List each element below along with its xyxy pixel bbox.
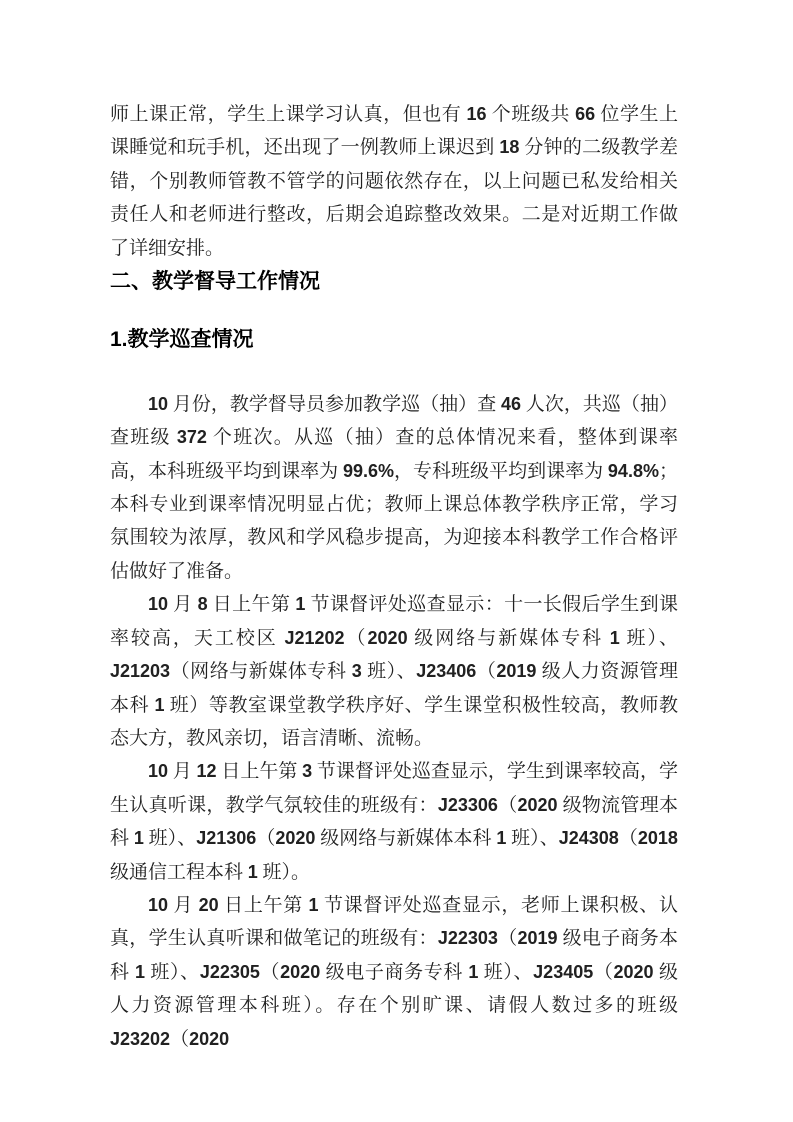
document-page: 师上课正常，学生上课学习认真，但也有 16 个班级共 66 位学生上课睡觉和玩手… — [0, 0, 793, 1122]
paragraph-continuation: 师上课正常，学生上课学习认真，但也有 16 个班级共 66 位学生上课睡觉和玩手… — [110, 98, 678, 265]
document-content: 师上课正常，学生上课学习认真，但也有 16 个班级共 66 位学生上课睡觉和玩手… — [110, 98, 678, 1056]
section-heading: 二、教学督导工作情况 — [110, 265, 678, 298]
paragraph-oct-12-inspection: 10 月 12 日上午第 3 节课督评处巡查显示，学生到课率较高，学生认真听课，… — [110, 755, 678, 889]
subsection-heading: 1.教学巡查情况 — [110, 323, 678, 356]
paragraph-oct-8-inspection: 10 月 8 日上午第 1 节课督评处巡查显示：十一长假后学生到课率较高，天工校… — [110, 588, 678, 755]
paragraph-oct-20-inspection: 10 月 20 日上午第 1 节课督评处巡查显示，老师上课积极、认真，学生认真听… — [110, 889, 678, 1056]
paragraph-monthly-overview: 10 月份，教学督导员参加教学巡（抽）查 46 人次，共巡（抽）查班级 372 … — [110, 388, 678, 588]
